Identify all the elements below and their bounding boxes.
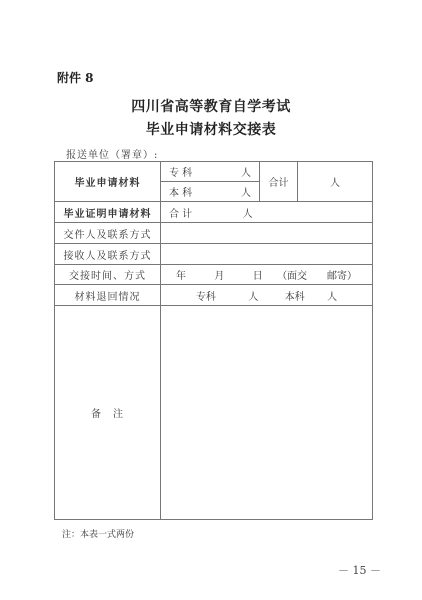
materials-returned-field[interactable]: 专科 人 本科 人 (161, 285, 373, 306)
sender-contact-field[interactable] (161, 223, 373, 244)
table-row: 备 注 (55, 306, 373, 520)
handover-method: （面交 邮寄） (277, 271, 357, 282)
table-row: 材料退回情况 专科 人 本科 人 (55, 285, 373, 306)
total-unit: 人 (330, 178, 340, 189)
day-label: 日 (253, 271, 263, 282)
person-unit: 人 (241, 164, 251, 179)
benke-label: 本 科 (169, 184, 192, 199)
receiver-contact-label: 接收人及联系方式 (55, 244, 161, 265)
total-count-cell[interactable]: 人 (298, 162, 373, 202)
handover-time-label: 交接时间、方式 (55, 265, 161, 285)
certificate-materials-label: 毕业证明申请材料 (55, 202, 161, 223)
table-row: 接收人及联系方式 (55, 244, 373, 265)
zhuanke-label: 专 科 (169, 164, 192, 179)
table-row: 交接时间、方式 年 月 日 （面交 邮寄） (55, 265, 373, 285)
remarks-label: 备 注 (55, 306, 161, 520)
certificate-total-cell[interactable]: 合 计 人 (161, 202, 373, 223)
materials-returned-label: 材料退回情况 (55, 285, 161, 306)
page-number: － 15 － (338, 562, 381, 578)
year-label: 年 (176, 271, 186, 282)
zhuanke-count-cell[interactable]: 专 科人 (161, 162, 260, 182)
total-label: 合计 (260, 162, 298, 202)
document-title-line2: 毕业申请材料交接表 (0, 119, 422, 139)
benke-label: 本科 (285, 292, 305, 303)
attachment-label: 附件 8 (57, 69, 94, 86)
graduation-materials-label: 毕业申请材料 (55, 162, 161, 202)
handover-form-table: 毕业申请材料 专 科人 合计 人 本 科人 毕业证明申请材料 合 计 人 交件人… (54, 161, 373, 520)
zhuanke-label: 专科 (196, 292, 216, 303)
handover-time-field[interactable]: 年 月 日 （面交 邮寄） (161, 265, 373, 285)
person-unit: 人 (248, 292, 258, 303)
person-unit: 人 (327, 292, 337, 303)
month-label: 月 (214, 271, 224, 282)
table-row: 毕业证明申请材料 合 计 人 (55, 202, 373, 223)
receiver-contact-field[interactable] (161, 244, 373, 265)
benke-count-cell[interactable]: 本 科人 (161, 182, 260, 202)
person-unit: 人 (241, 184, 251, 199)
submitting-unit-label: 报送单位（署章）: (66, 146, 158, 161)
table-row: 毕业申请材料 专 科人 合计 人 (55, 162, 373, 182)
sender-contact-label: 交件人及联系方式 (55, 223, 161, 244)
document-title-line1: 四川省高等教育自学考试 (0, 96, 422, 116)
table-row: 交件人及联系方式 (55, 223, 373, 244)
total-label: 合 计 (169, 209, 192, 220)
footnote: 注：本表一式两份 (62, 527, 134, 540)
remarks-field[interactable] (161, 306, 373, 520)
person-unit: 人 (243, 209, 253, 220)
